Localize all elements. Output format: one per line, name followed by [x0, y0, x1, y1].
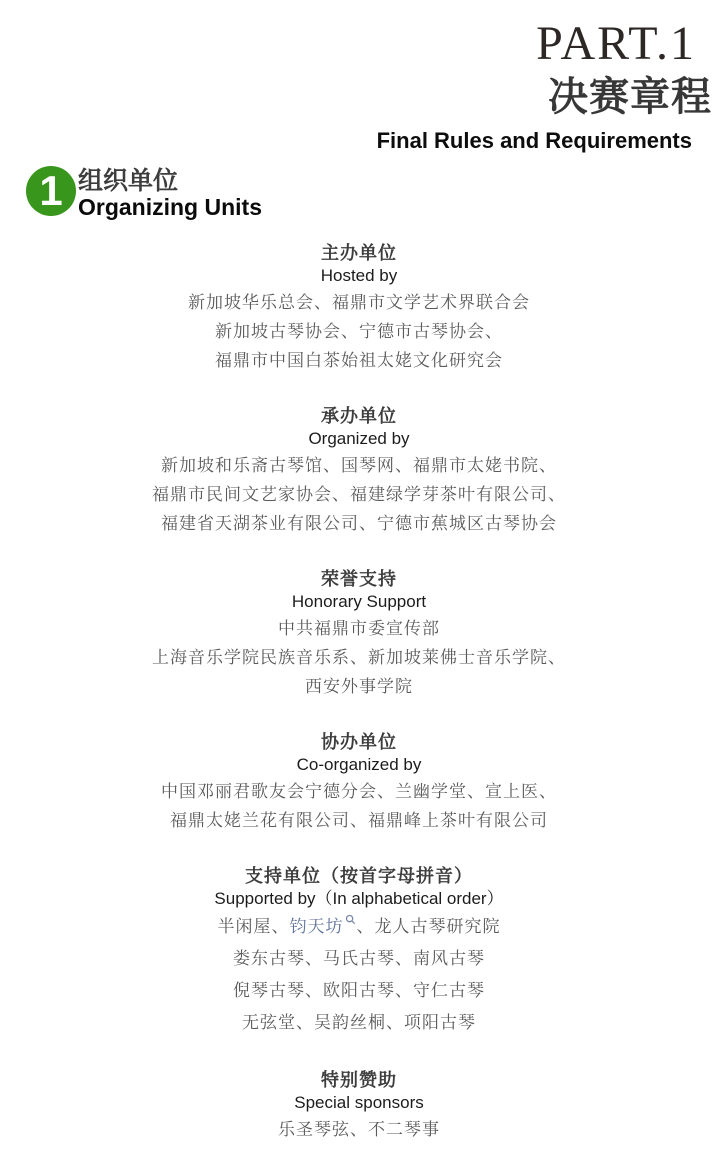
org-line: 西安外事学院 [0, 672, 718, 701]
org-line: 新加坡华乐总会、福鼎市文学艺术界联合会 [0, 288, 718, 317]
search-icon[interactable] [345, 914, 356, 925]
org-line-with-entity-link: 半闲屋、钧天坊、龙人古琴研究院 [0, 911, 718, 943]
org-line: 福鼎市中国白茶始祖太姥文化研究会 [0, 346, 718, 375]
org-line: 新加坡和乐斋古琴馆、国琴网、福鼎市太姥书院、 [0, 451, 718, 480]
group-title-zh: 荣誉支持 [0, 568, 718, 590]
section-badge: 1 组织单位 Organizing Units [26, 166, 262, 220]
group-organized-by: 承办单位 Organized by 新加坡和乐斋古琴馆、国琴网、福鼎市太姥书院、… [0, 405, 718, 538]
org-line: 中共福鼎市委宣传部 [0, 614, 718, 643]
page-header: PART.1 决赛章程 Final Rules and Requirements [377, 18, 718, 154]
org-line: 无弦堂、吴韵丝桐、项阳古琴 [0, 1007, 718, 1039]
org-line: 福鼎太姥兰花有限公司、福鼎峰上茶叶有限公司 [0, 806, 718, 835]
org-line: 中国邓丽君歌友会宁德分会、兰幽学堂、宣上医、 [0, 777, 718, 806]
section-name-zh: 组织单位 [78, 168, 262, 195]
org-line: 福建省天湖茶业有限公司、宁德市蕉城区古琴协会 [0, 509, 718, 538]
org-line: 新加坡古琴协会、宁德市古琴协会、 [0, 317, 718, 346]
group-title-en: Special sponsors [0, 1091, 718, 1115]
org-line: 乐圣琴弦、不二琴事 [0, 1115, 718, 1144]
group-title-zh: 特别赞助 [0, 1069, 718, 1091]
page-title-zh: 决赛章程 [377, 74, 718, 120]
group-title-en: Honorary Support [0, 590, 718, 614]
section-name-en: Organizing Units [78, 195, 262, 220]
org-line: 福鼎市民间文艺家协会、福建绿学芽茶叶有限公司、 [0, 480, 718, 509]
group-honorary-support: 荣誉支持 Honorary Support 中共福鼎市委宣传部 上海音乐学院民族… [0, 568, 718, 701]
group-title-zh: 承办单位 [0, 405, 718, 427]
group-hosted-by: 主办单位 Hosted by 新加坡华乐总会、福鼎市文学艺术界联合会 新加坡古琴… [0, 242, 718, 375]
org-line-prefix: 半闲屋、 [218, 917, 290, 936]
organizing-units-list: 主办单位 Hosted by 新加坡华乐总会、福鼎市文学艺术界联合会 新加坡古琴… [0, 242, 718, 1168]
org-line: 倪琴古琴、欧阳古琴、守仁古琴 [0, 975, 718, 1007]
org-line-suffix: 、龙人古琴研究院 [357, 917, 501, 936]
group-title-zh: 协办单位 [0, 731, 718, 753]
entity-link[interactable]: 钧天坊 [290, 917, 344, 936]
section-badge-text: 组织单位 Organizing Units [78, 168, 262, 220]
group-title-en: Supported by（In alphabetical order） [0, 887, 718, 911]
part-label: PART.1 [377, 18, 718, 70]
group-special-sponsors: 特别赞助 Special sponsors 乐圣琴弦、不二琴事 [0, 1069, 718, 1144]
org-line: 娄东古琴、马氏古琴、南风古琴 [0, 943, 718, 975]
group-title-en: Organized by [0, 427, 718, 451]
page-title-en: Final Rules and Requirements [377, 128, 718, 154]
group-title-en: Co-organized by [0, 753, 718, 777]
org-line: 上海音乐学院民族音乐系、新加坡莱佛士音乐学院、 [0, 643, 718, 672]
group-title-zh: 支持单位（按首字母拼音） [0, 865, 718, 887]
section-number-badge: 1 [26, 166, 76, 216]
group-title-en: Hosted by [0, 264, 718, 288]
group-co-organized-by: 协办单位 Co-organized by 中国邓丽君歌友会宁德分会、兰幽学堂、宣… [0, 731, 718, 835]
group-title-zh: 主办单位 [0, 242, 718, 264]
group-supported-by: 支持单位（按首字母拼音） Supported by（In alphabetica… [0, 865, 718, 1039]
